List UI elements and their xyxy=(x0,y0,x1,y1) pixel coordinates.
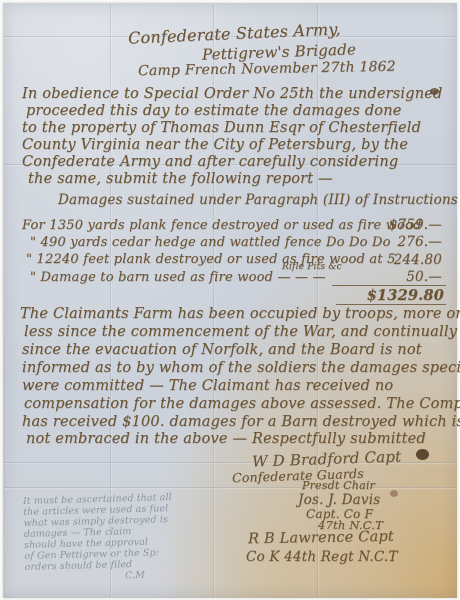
signature-davis: Jos. J. Davis xyxy=(298,492,380,508)
findings-paragraph-line: informed as to by whom of the soldiers t… xyxy=(22,360,460,376)
table-row-amount: 50.— xyxy=(350,269,442,285)
signature-lawrence: R B Lawrence Capt xyxy=(248,529,394,548)
opening-paragraph-line: County Virginia near the City of Petersb… xyxy=(22,137,408,153)
findings-paragraph-line: not embraced in the above — Respectfully… xyxy=(26,431,426,447)
table-row-amount: 244.80 xyxy=(350,252,442,268)
document-scan: Confederate States Army, Pettigrew's Bri… xyxy=(0,0,460,600)
findings-paragraph-line: were committed — The Claimant has receiv… xyxy=(22,378,393,394)
ink-blot xyxy=(430,88,439,95)
opening-paragraph-line: Confederate Army and after carefully con… xyxy=(22,154,398,170)
opening-paragraph-line: to the property of Thomas Dunn Esqr of C… xyxy=(22,120,421,136)
table-row-description: " Damage to barn used as fire wood — — — xyxy=(30,270,326,285)
crease-line xyxy=(4,487,456,488)
signature-title-president: Presdt Chair xyxy=(302,479,375,492)
findings-paragraph-line: compensation for the damages above asses… xyxy=(24,396,460,412)
findings-paragraph-line: The Claimants Farm has been occupied by … xyxy=(20,306,460,322)
pencil-annotation: It must be ascertained that all the arti… xyxy=(23,492,174,584)
opening-paragraph-line: In obedience to Special Order No 25th th… xyxy=(22,86,443,102)
section-heading: Damages sustained under Paragraph (III) … xyxy=(58,192,458,208)
opening-paragraph-line: proceeded this day to estimate the damag… xyxy=(26,103,402,119)
findings-paragraph-line: has received $100. damages for a Barn de… xyxy=(22,414,460,430)
table-total: $1329.80 xyxy=(338,287,444,304)
table-total-rule xyxy=(332,285,446,286)
findings-paragraph-line: since the evacuation of Norfolk, and the… xyxy=(22,342,422,358)
findings-paragraph-line: less since the commencement of the War, … xyxy=(24,324,457,340)
table-total-underline xyxy=(336,304,446,305)
ink-blot xyxy=(416,449,429,460)
opening-paragraph-line: the same, submit the following report — xyxy=(28,171,333,187)
ink-blot xyxy=(390,490,398,497)
table-row-amount: $759.— xyxy=(350,217,442,233)
table-row-description: " 490 yards cedar hedge and wattled fenc… xyxy=(30,235,391,250)
table-row-amount: 276.— xyxy=(350,234,442,250)
signature-lawrence-regiment: Co K 44th Regt N.C.T xyxy=(246,549,398,565)
